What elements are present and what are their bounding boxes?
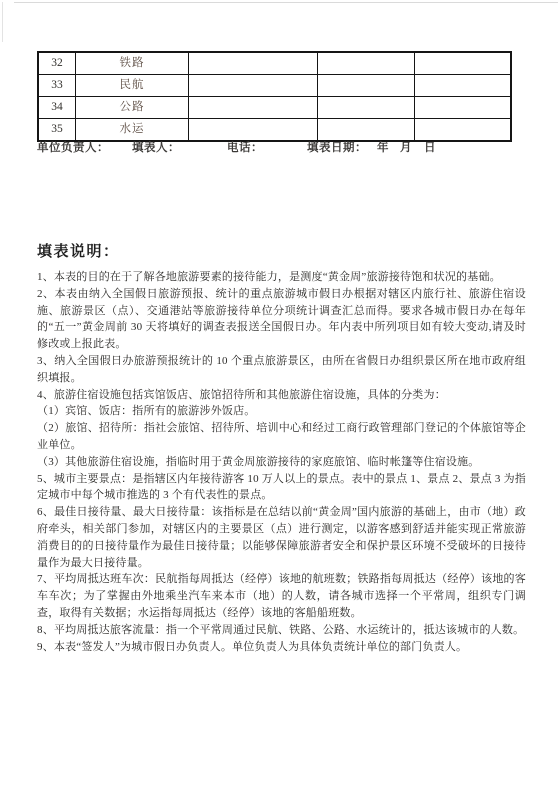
row-number-cell: 35 [38, 119, 76, 142]
row-category-cell: 民航 [76, 75, 189, 97]
instruction-paragraph: 7、平均周抵达班车次：民航指每周抵达（经停）该地的航班数；铁路指每周抵达（经停）… [37, 571, 526, 621]
instruction-paragraph: （2）旅馆、招待所：指社会旅馆、招待所、培训中心和经过工商行政管理部门登记的个体… [37, 420, 526, 454]
form-filler-label: 填表人： [132, 139, 180, 155]
signature-line: 单位负责人： 填表人： 电话： 填表日期： 年 月 日 [0, 139, 558, 154]
empty-value-cell [189, 75, 318, 97]
row-number-cell: 34 [38, 97, 76, 119]
unit-head-label: 单位负责人： [37, 139, 109, 155]
phone-label: 电话： [227, 139, 263, 155]
empty-value-cell [415, 75, 512, 97]
row-number-cell: 32 [38, 52, 76, 75]
empty-value-cell [189, 52, 318, 75]
year-label: 年 [377, 139, 389, 155]
empty-value-cell [415, 52, 512, 75]
page-scan-edge-left [2, 2, 3, 42]
instructions-body: 1、本表的目的在于了解各地旅游要素的接待能力，是测度“黄金周”旅游接待饱和状况的… [37, 269, 526, 655]
instruction-paragraph: 8、平均周抵达旅客流量：指一个平常周通过民航、铁路、公路、水运统计的，抵达该城市… [37, 622, 526, 639]
table-row: 35 水运 [38, 119, 511, 142]
instruction-paragraph: （3）其他旅游住宿设施，指临时用于黄金周旅游接待的家庭旅馆、临时帐篷等住宿设施。 [37, 454, 526, 471]
fill-date-label: 填表日期： [307, 139, 367, 155]
row-category-cell: 水运 [76, 119, 189, 142]
row-category-cell: 铁路 [76, 52, 189, 75]
empty-value-cell [189, 119, 318, 142]
table-row: 33 民航 [38, 75, 511, 97]
instruction-paragraph: 3、纳入全国假日办旅游预报统计的 10 个重点旅游景区，由所在省假日办组织景区所… [37, 353, 526, 387]
empty-value-cell [415, 97, 512, 119]
instruction-paragraph: 6、最佳日接待量、最大日接待量：该指标是在总结以前“黄金周”国内旅游的基础上，由… [37, 504, 526, 571]
instruction-paragraph: 1、本表的目的在于了解各地旅游要素的接待能力，是测度“黄金周”旅游接待饱和状况的… [37, 269, 526, 286]
empty-value-cell [189, 97, 318, 119]
empty-value-cell [318, 97, 415, 119]
instructions-section: 填表说明： 1、本表的目的在于了解各地旅游要素的接待能力，是测度“黄金周”旅游接… [37, 240, 526, 655]
transport-capacity-table: 32 铁路 33 民航 34 公路 35 [37, 51, 512, 142]
day-label: 日 [424, 139, 436, 155]
scanned-form-page: 32 铁路 33 民航 34 公路 35 [0, 0, 558, 788]
empty-value-cell [318, 119, 415, 142]
instruction-paragraph: （1）宾馆、饭店：指所有的旅游涉外饭店。 [37, 403, 526, 420]
table-row: 34 公路 [38, 97, 511, 119]
instruction-paragraph: 4、旅游住宿设施包括宾馆饭店、旅馆招待所和其他旅游住宿设施，具体的分类为： [37, 387, 526, 404]
row-category-cell: 公路 [76, 97, 189, 119]
month-label: 月 [400, 139, 412, 155]
instructions-title: 填表说明： [37, 240, 526, 261]
table-row: 32 铁路 [38, 52, 511, 75]
instruction-paragraph: 5、城市主要景点：是指辖区内年接待游客 10 万人以上的景点。表中的景点 1、景… [37, 471, 526, 505]
row-number-cell: 33 [38, 75, 76, 97]
page-scan-edge-top [14, 2, 558, 3]
instruction-paragraph: 9、本表“签发人”为城市假日办负责人。单位负责人为具体负责统计单位的部门负责人。 [37, 639, 526, 656]
instruction-paragraph: 2、本表由纳入全国假日旅游预报、统计的重点旅游城市假日办根据对辖区内旅行社、旅游… [37, 286, 526, 353]
empty-value-cell [318, 52, 415, 75]
empty-value-cell [318, 75, 415, 97]
empty-value-cell [415, 119, 512, 142]
